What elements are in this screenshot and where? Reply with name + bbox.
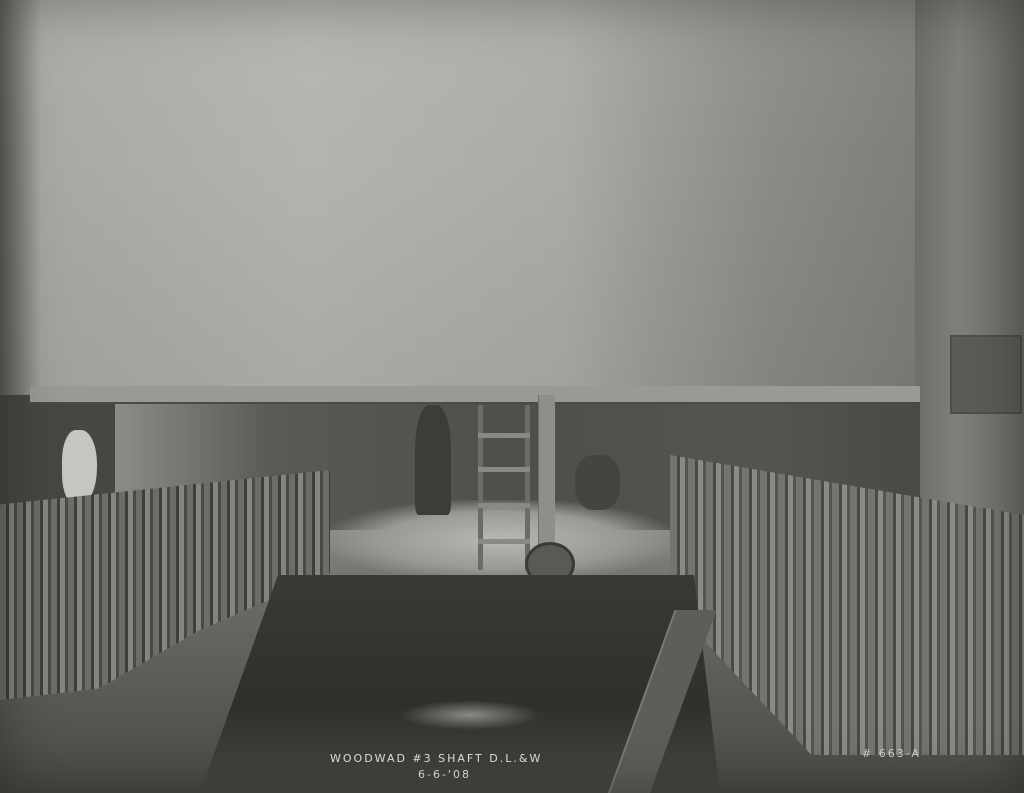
wall-recess xyxy=(950,335,1022,414)
ladder-rail xyxy=(478,405,483,570)
seated-worker xyxy=(575,455,620,510)
water-reflection xyxy=(400,700,540,730)
horizontal-beam xyxy=(30,386,920,404)
caption-title: WOODWAD #3 SHAFT D.L.&W xyxy=(330,752,542,765)
standing-worker xyxy=(415,405,451,515)
ladder-rung xyxy=(478,433,530,438)
concrete-wall xyxy=(0,0,1024,395)
ladder xyxy=(478,405,530,570)
ladder-rung xyxy=(478,467,530,472)
photograph: WOODWAD #3 SHAFT D.L.&W 6-6-'08 # 663-A xyxy=(0,0,1024,793)
plate-number: # 663-A xyxy=(862,747,921,760)
ladder-rail xyxy=(525,405,530,570)
light-patch xyxy=(62,430,97,505)
caption-date: 6-6-'08 xyxy=(418,768,471,781)
ladder-rung xyxy=(478,503,530,508)
ladder-rung xyxy=(478,539,530,544)
